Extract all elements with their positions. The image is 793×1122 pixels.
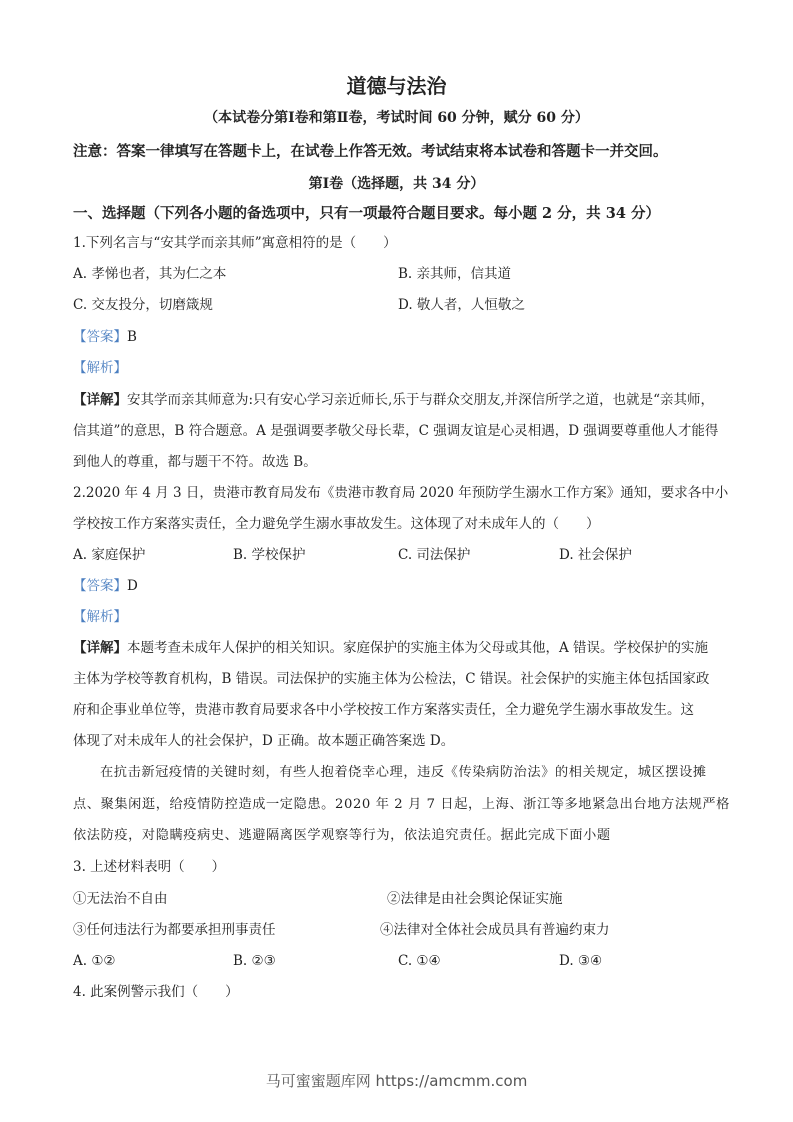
detail-label: 【详解】 bbox=[73, 392, 127, 408]
question-1-analysis-label: 【解析】 bbox=[73, 358, 737, 378]
question-2-stem-line: 2.2020 年 4 月 3 日，贵港市教育局发布《贵港市教育局 2020 年预… bbox=[73, 483, 737, 503]
question-2-option-b: B. 学校保护 bbox=[233, 545, 306, 565]
footer-watermark: 马可蜜蜜题库网 https://amcmm.com bbox=[0, 1070, 793, 1091]
answer-label: 【答案】 bbox=[73, 578, 127, 594]
question-2-detail-line: 主体为学校等教育机构，B 错误。司法保护的实施主体为公检法，C 错误。社会保护的… bbox=[73, 669, 737, 689]
question-3-statement-2: ②法律是由社会舆论保证实施 bbox=[387, 889, 563, 909]
exam-notice: 注意：答案一律填写在答题卡上，在试卷上作答无效。考试结束将本试卷和答题卡一并交回… bbox=[73, 142, 737, 162]
part-heading: 第Ⅰ卷（选择题，共 34 分） bbox=[0, 174, 793, 194]
question-2-detail-line: 【详解】本题考查未成年人保护的相关知识。家庭保护的实施主体为父母或其他，A 错误… bbox=[73, 638, 737, 658]
answer-label: 【答案】 bbox=[73, 329, 127, 345]
question-3-option-a: A. ①② bbox=[73, 951, 116, 971]
question-3-statement-1: ①无法治不自由 bbox=[73, 889, 168, 909]
question-2-detail-line: 府和企事业单位等，贵港市教育局要求各中小学校按工作方案落实责任，全力避免学生溺水… bbox=[73, 700, 737, 720]
question-1-detail-line: 到他人的尊重，都与题干不符。故选 B。 bbox=[73, 452, 737, 472]
question-1-stem: 1.下列名言与“安其学而亲其师”寓意相符的是（ ） bbox=[73, 233, 737, 253]
material-line: 点、聚集闲逛，给疫情防控造成一定隐患。2020 年 2 月 7 日起，上海、浙江… bbox=[73, 795, 737, 815]
question-1-option-d: D. 敬人者，人恒敬之 bbox=[398, 295, 525, 315]
question-3-stem: 3. 上述材料表明（ ） bbox=[73, 857, 737, 877]
question-3-statement-4: ④法律对全体社会成员具有普遍约束力 bbox=[380, 920, 610, 940]
question-3-option-c: C. ①④ bbox=[398, 951, 441, 971]
question-1-answer: 【答案】B bbox=[73, 327, 737, 347]
question-1-detail-line: 【详解】安其学而亲其师意为:只有安心学习亲近师长,乐于与群众交朋友,并深信所学之… bbox=[73, 390, 737, 410]
page-title: 道德与法治 bbox=[0, 76, 793, 96]
question-1-option-a: A. 孝悌也者，其为仁之本 bbox=[73, 264, 226, 284]
question-4-stem: 4. 此案例警示我们（ ） bbox=[73, 982, 737, 1002]
material-line: 依法防疫，对隐瞒疫病史、逃避隔离医学观察等行为，依法追究责任。据此完成下面小题 bbox=[73, 826, 737, 846]
material-line: 在抗击新冠疫情的关键时刻，有些人抱着侥幸心理，违反《传染病防治法》的相关规定，城… bbox=[73, 763, 737, 783]
answer-value: D bbox=[127, 578, 138, 594]
question-2-option-d: D. 社会保护 bbox=[559, 545, 632, 565]
question-2-detail-line: 体现了对未成年人的社会保护，D 正确。故本题正确答案选 D。 bbox=[73, 731, 737, 751]
question-2-stem-line: 学校按工作方案落实责任，全力避免学生溺水事故发生。这体现了对未成年人的（ ） bbox=[73, 514, 737, 534]
detail-label: 【详解】 bbox=[73, 640, 127, 656]
question-2-option-c: C. 司法保护 bbox=[398, 545, 470, 565]
question-2-answer: 【答案】D bbox=[73, 576, 737, 596]
question-1-option-b: B. 亲其师，信其道 bbox=[398, 264, 511, 284]
question-3-option-d: D. ③④ bbox=[559, 951, 602, 971]
question-1-detail-line: 信其道”的意思，B 符合题意。A 是强调要孝敬父母长辈，C 强调友谊是心灵相遇，… bbox=[73, 421, 737, 441]
question-1-option-c: C. 交友投分，切磨箴规 bbox=[73, 295, 213, 315]
question-3-option-b: B. ②③ bbox=[233, 951, 276, 971]
question-3-statement-3: ③任何违法行为都要承担刑事责任 bbox=[73, 920, 276, 940]
exam-subtitle: （本试卷分第Ⅰ卷和第Ⅱ卷，考试时间 60 分钟，赋分 60 分） bbox=[0, 108, 793, 128]
section-heading: 一、选择题（下列各小题的备选项中，只有一项最符合题目要求。每小题 2 分，共 3… bbox=[73, 204, 737, 224]
exam-page: 道德与法治 （本试卷分第Ⅰ卷和第Ⅱ卷，考试时间 60 分钟，赋分 60 分） 注… bbox=[0, 0, 793, 1122]
answer-value: B bbox=[127, 329, 137, 345]
question-2-option-a: A. 家庭保护 bbox=[73, 545, 145, 565]
question-2-analysis-label: 【解析】 bbox=[73, 607, 737, 627]
